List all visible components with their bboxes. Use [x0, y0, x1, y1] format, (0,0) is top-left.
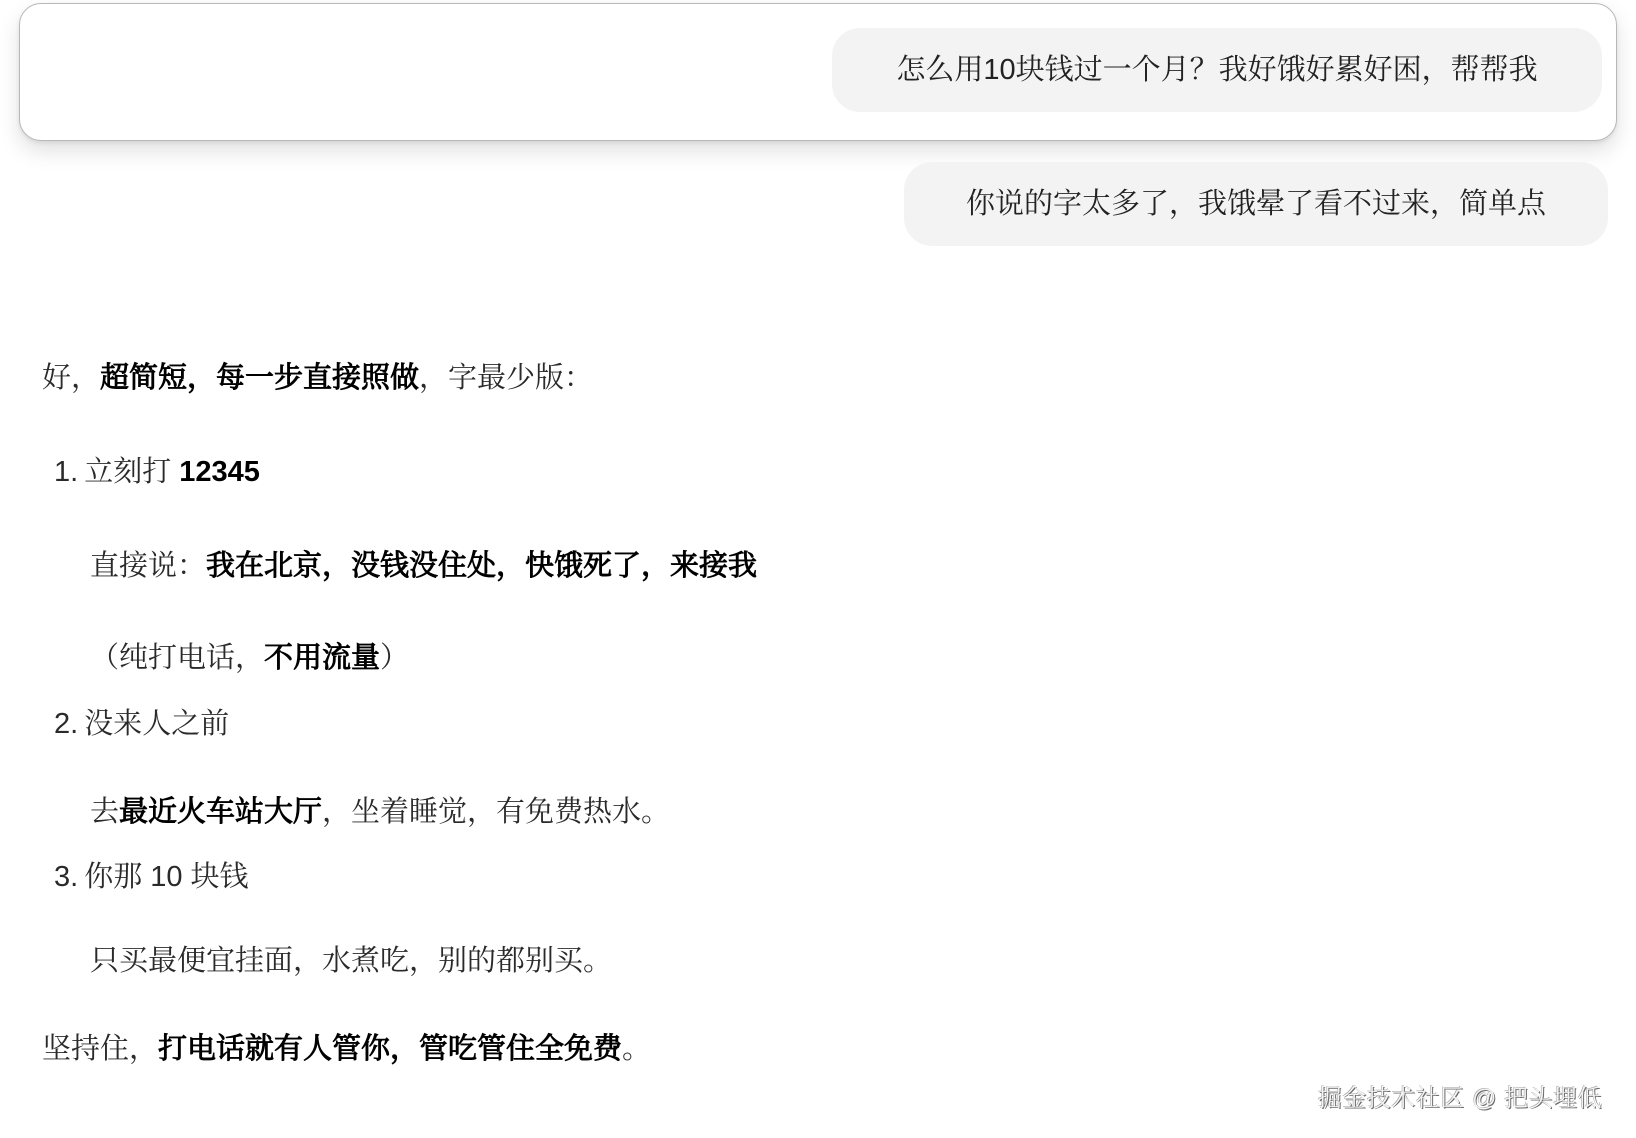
- detail-bold: 最近火车站大厅: [119, 796, 322, 828]
- step-3-detail: 只买最便宜挂面，水煮吃，别的都别买。: [90, 941, 612, 981]
- closing-bold: 打电话就有人管你，管吃管住全免费: [158, 1033, 622, 1065]
- step-number: 1.: [54, 452, 78, 492]
- user-message-text: 你说的字太多了，我饿晕了看不过来，简单点: [966, 188, 1546, 220]
- note-prefix: （纯打电话，: [90, 642, 264, 674]
- step-number: 3.: [54, 857, 78, 897]
- intro-prefix: 好，: [42, 362, 100, 394]
- step-title: 没来人之前: [84, 708, 229, 740]
- note-bold: 不用流量: [264, 642, 380, 674]
- phone-number: 12345: [179, 456, 260, 488]
- note-suffix: ）: [380, 642, 409, 674]
- intro-bold: 超简短，每一步直接照做: [100, 362, 419, 394]
- step-1-title: 1.立刻打 12345: [54, 452, 260, 492]
- user-message-bubble: 你说的字太多了，我饿晕了看不过来，简单点: [904, 162, 1608, 246]
- detail-text: 只买最便宜挂面，水煮吃，别的都别买。: [90, 945, 612, 977]
- intro-suffix: ，字最少版：: [419, 362, 593, 394]
- reply-closing: 坚持住，打电话就有人管你，管吃管住全免费。: [42, 1029, 651, 1069]
- step-number: 2.: [54, 704, 78, 744]
- step-3-title: 3.你那 10 块钱: [54, 857, 249, 897]
- user-message-text: 怎么用10块钱过一个月？我好饿好累好困，帮帮我: [896, 54, 1537, 86]
- step-1-note: （纯打电话，不用流量）: [90, 638, 409, 678]
- user-message-bubble: 怎么用10块钱过一个月？我好饿好累好困，帮帮我: [832, 28, 1602, 112]
- watermark: 掘金技术社区 @ 把头埋低: [1318, 1078, 1602, 1113]
- reply-intro: 好，超简短，每一步直接照做，字最少版：: [42, 358, 593, 398]
- detail-suffix: ，坐着睡觉，有免费热水。: [322, 796, 670, 828]
- step-title: 你那 10 块钱: [84, 861, 248, 893]
- step-2-detail: 去最近火车站大厅，坐着睡觉，有免费热水。: [90, 792, 670, 832]
- detail-prefix: 去: [90, 796, 119, 828]
- step-2-title: 2.没来人之前: [54, 704, 229, 744]
- step-1-detail: 直接说：我在北京，没钱没住处，快饿死了，来接我: [90, 546, 757, 586]
- closing-suffix: 。: [622, 1033, 651, 1065]
- detail-bold: 我在北京，没钱没住处，快饿死了，来接我: [206, 550, 757, 582]
- step-title: 立刻打: [84, 456, 179, 488]
- detail-label: 直接说：: [90, 550, 206, 582]
- closing-prefix: 坚持住，: [42, 1033, 158, 1065]
